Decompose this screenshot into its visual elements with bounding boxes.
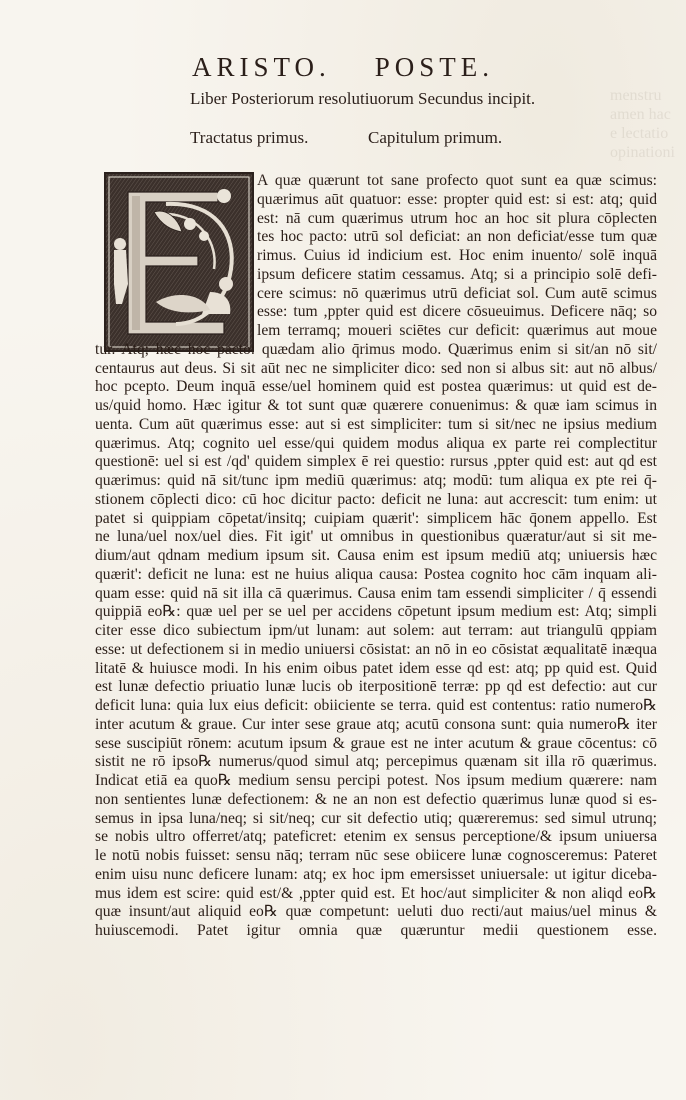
tractatus-heading: Tractatus primus.	[190, 128, 308, 147]
text-line: litatē & huiusce modi. In his enim oibus…	[95, 660, 657, 679]
text-line: quam esse: quid nā sit illa cā quærimus.…	[95, 585, 657, 604]
text-line: dium/aut qdnam medium ipsum sit. Causa e…	[95, 547, 657, 566]
book-page: menstru amen hac e lectatio opinationi A…	[0, 0, 686, 1100]
text-line: quærimus: quid nā sit/tunc ipm mediū quæ…	[95, 472, 657, 491]
text-line: patet si quippiam cōpetat/insitq; cuipia…	[95, 510, 657, 529]
text-line-final	[95, 941, 657, 960]
text-line: rimus. Cuius id indicium est. Hoc enim i…	[257, 247, 657, 266]
text-line: sistit ne rō ipso℞ numerus/quod simul at…	[95, 753, 657, 772]
text-line: ne luna/uel nox/uel dies. Fit igit' ut o…	[95, 528, 657, 547]
text-line: centaurus aut deus. Si sit aūt nec ne si…	[95, 360, 657, 379]
text-line: quærimus aūt quatuor: esse: propter quid…	[257, 191, 657, 210]
text-line: A quæ quærunt tot sane profecto quot sun…	[257, 172, 657, 191]
text-line: cere scimus: nō quærimus utrū deficiat s…	[257, 285, 657, 304]
text-line: quærit': deficit ne luna: est ne huius a…	[95, 566, 657, 585]
running-head-left: ARISTO.	[192, 52, 331, 83]
text-line: ipsum deficere statim cessamus. Atq; si …	[257, 266, 657, 285]
text-line: se nobis ultro offerret/atq; pateficret:…	[95, 828, 657, 847]
text-line: stionem cōplecti dico: cū hoc dicitur pa…	[95, 491, 657, 510]
text-line: quærimus. Atq; cognito uel esse/qui quid…	[95, 435, 657, 454]
text-line: esse: tum ,ppter quid est dicere cōsueui…	[257, 303, 657, 322]
bleed-line: menstru	[610, 86, 675, 105]
text-line: non sentientes lunæ defectionem: & ne an…	[95, 791, 657, 810]
text-line: sese suscipiūt rōnem: acutum ipsum & gra…	[95, 735, 657, 754]
text-line: quippiā eo℞: quæ uel per se uel per acci…	[95, 603, 657, 622]
incipit-line: Liber Posteriorum resolutiuorum Secundus…	[190, 89, 535, 109]
text-line: lem terramq; moueri sciētes cur deficit:…	[257, 322, 657, 341]
text-line: tes hoc pacto: utrū sol deficiat: an non…	[257, 228, 657, 247]
bleed-line: opinationi	[610, 143, 675, 162]
running-head: ARISTO.POSTE.	[0, 52, 686, 83]
bleed-line: amen hac	[610, 105, 675, 124]
running-head-right: POSTE.	[375, 52, 494, 83]
text-line: est: nā cum quærimus utrum hoc an hoc si…	[257, 210, 657, 229]
text-line: huiuscemodi. Patet igitur omnia quæ quær…	[95, 922, 657, 941]
text-line: semus in ipsa luna/neq; si sit/neq; cur …	[95, 810, 657, 829]
text-line: hoc pcepto. Deum inquā esse/uel hominem …	[95, 378, 657, 397]
bleed-line: e lectatio	[610, 124, 675, 143]
text-line: quæ insunt/aut aliquid eo℞ quæ competunt…	[95, 903, 657, 922]
text-line: Indicat etiā ea quo℞ medium sensu percip…	[95, 772, 657, 791]
text-line: citer esse dico subiectum ipm/ut lunam: …	[95, 622, 657, 641]
text-line: questionē: uel si est /qd' quidem simple…	[95, 453, 657, 472]
text-line: uenta. Cum aūt quærimus esse: aut si est…	[95, 416, 657, 435]
bleed-through-text: menstru amen hac e lectatio opinationi	[610, 86, 675, 162]
section-heading: Tractatus primus. Capitulum primum.	[190, 128, 308, 148]
text-line: inter acutum & graue. Cur inter sese gra…	[95, 716, 657, 735]
text-line: deficit luna: quia lux eius deficit: obi…	[95, 697, 657, 716]
text-line: mus idem est scire: quid est/& ,ppter qu…	[95, 885, 657, 904]
text-line: tur. Atq; hæc hoc pacto: quædam alio q̄r…	[95, 341, 657, 360]
text-line: us/quid homo. Hæc igitur & tot sunt quæ …	[95, 397, 657, 416]
capitulum-heading: Capitulum primum.	[368, 128, 502, 148]
body-text: A quæ quærunt tot sane profecto quot sun…	[95, 172, 657, 960]
text-line: esse: ut defectionem si in medio uniuers…	[95, 641, 657, 660]
text-line: est lunæ defectio priuatio lunæ lucis ob…	[95, 678, 657, 697]
text-line: le notū nobis fuisset: sensu nāq; terram…	[95, 847, 657, 866]
text-line: enim uisu nunc deficere lunam: atq; ex h…	[95, 866, 657, 885]
